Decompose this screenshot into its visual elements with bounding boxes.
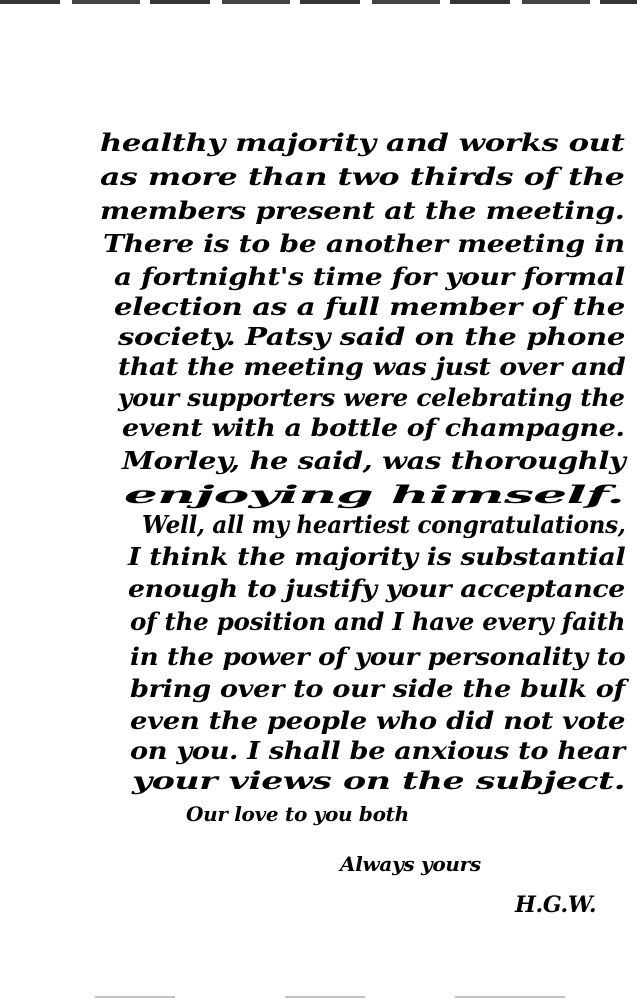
scan-edge-bottom	[285, 996, 365, 998]
letter-signoff: Always yours	[340, 852, 481, 876]
letter-line: event with a bottle of champagne.	[122, 413, 625, 442]
letter-signature: H.G.W.	[515, 892, 596, 918]
scan-edge-bottom	[95, 996, 175, 998]
letter-line: election as a full member of the	[114, 292, 625, 321]
scan-edge-bottom	[455, 996, 565, 998]
letter-line: a fortnight's time for your formal	[114, 262, 625, 291]
letter-closing: Our love to you both	[186, 802, 409, 826]
letter-line: Well, all my heartiest congratulations,	[142, 510, 625, 539]
letter-line: enough to justify your acceptance	[128, 574, 625, 603]
letter-line: I think the majority is substantial	[128, 542, 625, 571]
letter-line: enjoying himself.	[124, 480, 624, 509]
letter-line: on you. I shall be anxious to hear	[130, 736, 625, 765]
scan-edge-top	[0, 0, 637, 4]
letter-line: healthy majority and works out	[100, 128, 624, 157]
letter-line: There is to be another meeting in	[103, 229, 625, 258]
letter-line: as more than two thirds of the	[100, 162, 624, 191]
letter-line: even the people who did not vote	[130, 706, 625, 735]
letter-line: bring over to our side the bulk of	[130, 674, 625, 703]
letter-line: society. Patsy said on the phone	[118, 322, 625, 351]
letter-line: of the position and I have every faith	[130, 607, 625, 636]
letter-line: members present at the meeting.	[100, 196, 624, 225]
letter-line: that the meeting was just over and	[118, 352, 625, 381]
letter-line: Morley, he said, was thoroughly	[122, 446, 626, 475]
letter-line: in the power of your personality to	[130, 642, 625, 671]
letter-line: your views on the subject.	[132, 766, 625, 795]
letter-line: your supporters were celebrating the	[118, 383, 625, 412]
